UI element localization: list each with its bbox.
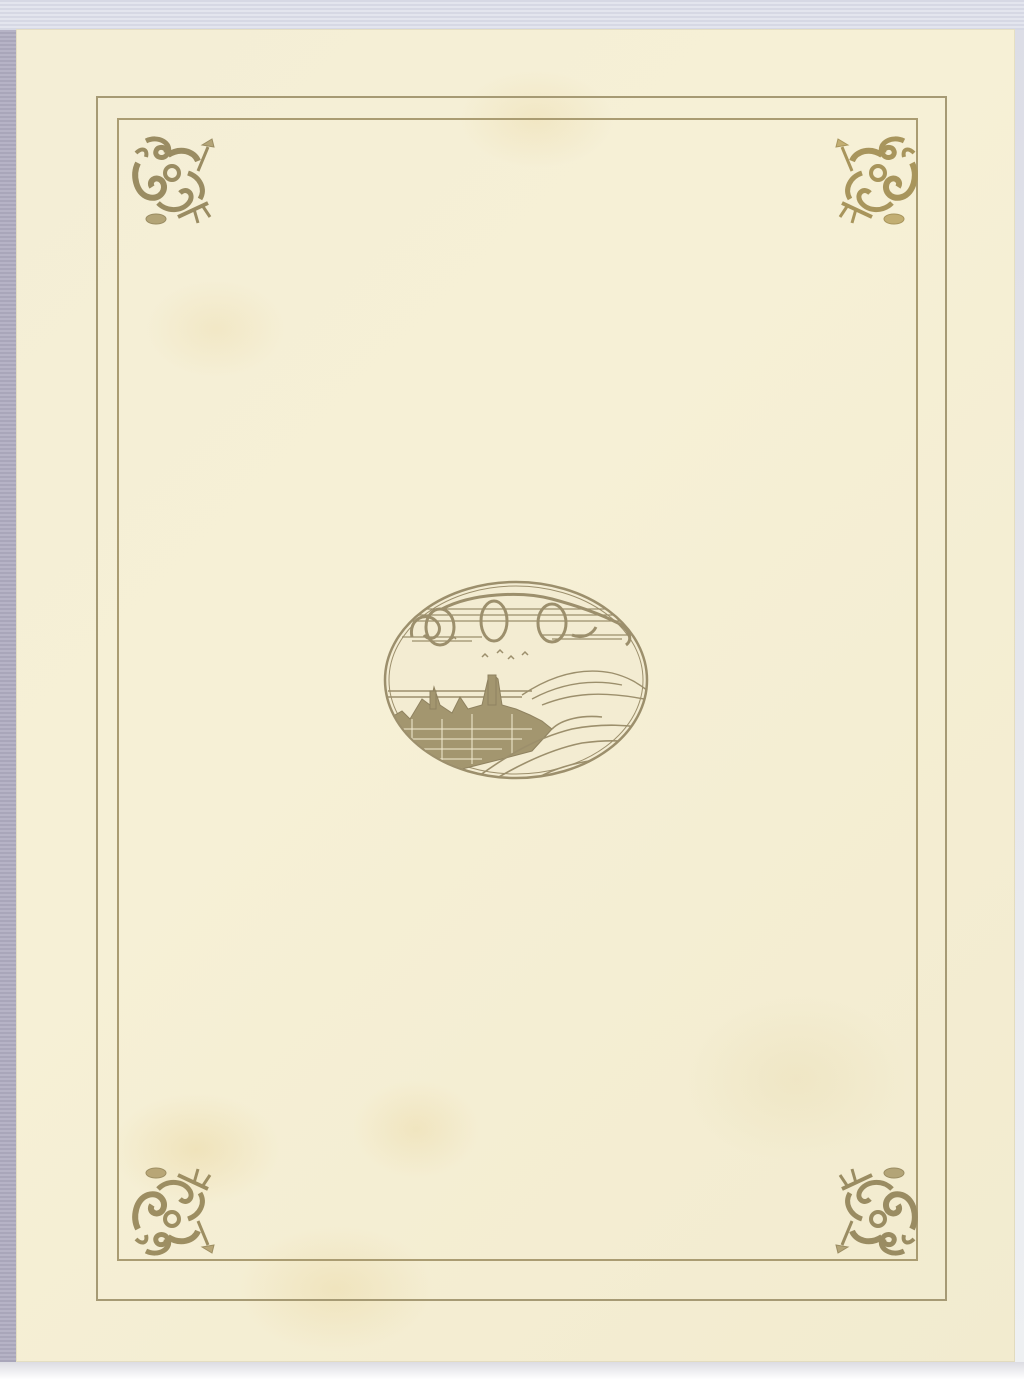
book-cover: Cream parchment hardcover with gilt doub… — [16, 29, 1015, 1362]
corner-ornament-icon — [128, 1159, 228, 1259]
scan-background-left — [0, 0, 16, 1391]
corner-ornament-icon — [128, 133, 228, 233]
scan-background-bottom — [0, 1362, 1024, 1391]
corner-ornament-icon — [822, 1159, 922, 1259]
corner-ornament-icon — [822, 133, 922, 233]
scan-background-top — [0, 0, 1024, 30]
oval-city-vignette: engraved panorama of a walled town on a … — [382, 579, 650, 781]
